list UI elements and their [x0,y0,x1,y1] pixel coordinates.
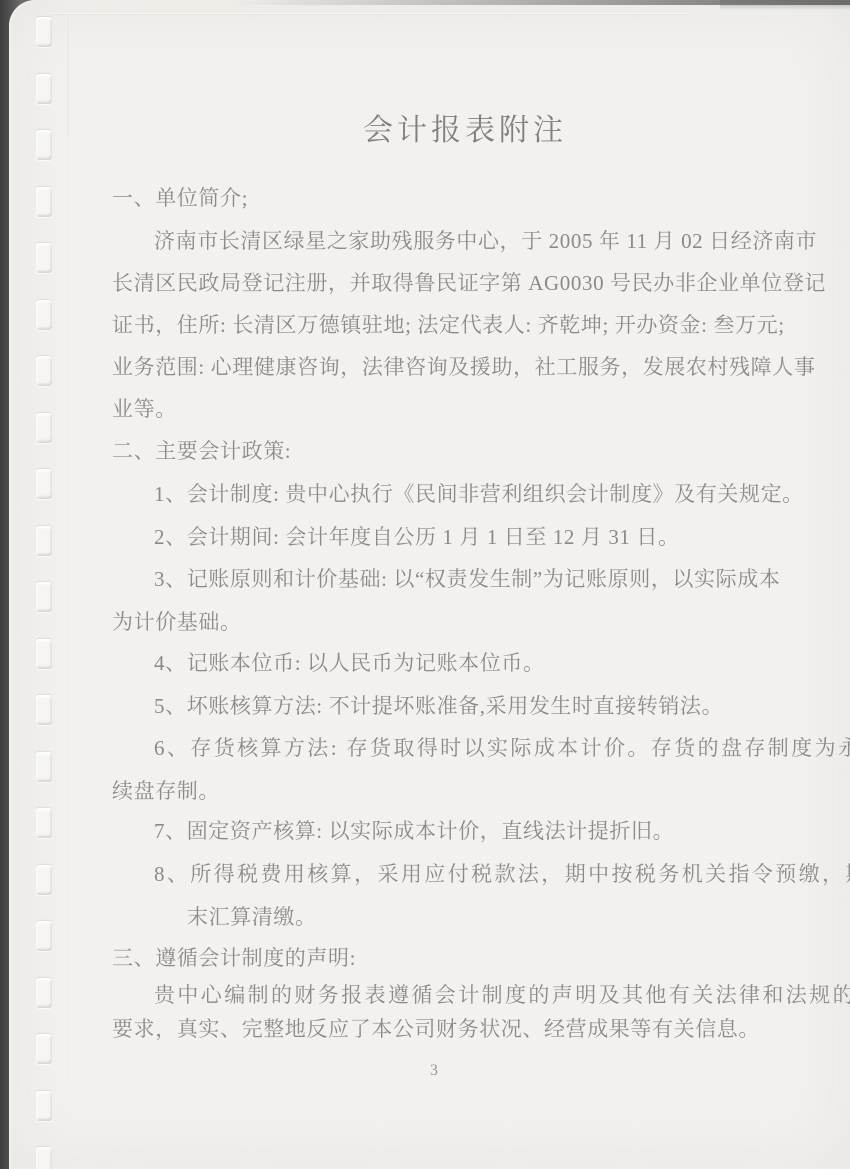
text-line: 证书，住所: 长清区万德镇驻地; 法定代表人: 齐乾坤; 开办资金: 叁万元; [112,312,785,338]
list-item: 6、存货核算方法: 存货取得时以实际成本计价。存货的盘存制度为永 [154,735,850,761]
text-line: 要求，真实、完整地反应了本公司财务状况、经营成果等有关信息。 [112,1016,760,1042]
binding-hole [36,187,52,217]
text-line: 末汇算清缴。 [187,904,317,930]
list-item: 8、所得税费用核算，采用应付税款法，期中按税务机关指令预缴，期 [154,861,850,887]
binding-hole [36,808,52,838]
binding-hole [36,413,52,443]
binding-hole [36,1091,52,1121]
scanner-edge-top-right [720,0,850,10]
list-item: 2、会计期间: 会计年度自公历 1 月 1 日至 12 月 31 日。 [154,524,680,550]
text-line: 业务范围: 心理健康咨询，法律咨询及援助，社工服务，发展农村残障人事 [112,354,815,380]
text-line: 业等。 [112,396,177,422]
binding-hole [36,243,52,273]
text-line: 续盘存制。 [112,778,220,804]
text-line: 长清区民政局登记注册，并取得鲁民证字第 AG0030 号民办非企业单位登记 [112,270,826,296]
binding-hole [36,921,52,951]
binding-hole [36,752,52,782]
binding-hole [36,582,52,612]
binding-hole [36,356,52,386]
binding-hole [36,1147,52,1169]
text-line: 为计价基础。 [112,609,242,635]
binding-hole [36,526,52,556]
text-line: 贵中心编制的财务报表遵循会计制度的声明及其他有关法律和法规的 [154,982,850,1008]
text-line: 济南市长清区绿星之家助残服务中心，于 2005 年 11 月 02 日经济南市 [154,228,817,254]
paper-crease-horizontal [51,13,691,15]
binding-hole [36,695,52,725]
list-item: 3、记账原则和计价基础: 以“权责发生制”为记账原则，以实际成本 [154,566,780,592]
binding-hole [36,978,52,1008]
binding-hole [36,1034,52,1064]
binding-hole [36,300,52,330]
list-item: 5、坏账核算方法: 不计提坏账准备,采用发生时直接转销法。 [154,693,723,719]
list-item: 7、固定资产核算: 以实际成本计价，直线法计提折旧。 [154,818,674,844]
paper-crease-vertical [66,14,68,136]
binding-hole [36,130,52,160]
list-item: 1、会计制度: 贵中心执行《民间非营利组织会计制度》及有关规定。 [154,481,804,507]
list-item: 4、记账本位币: 以人民币为记账本位币。 [154,650,545,676]
scanned-page: 会计报表附注 一、单位简介; 济南市长清区绿星之家助残服务中心，于 2005 年… [9,0,850,1169]
section-heading: 一、单位简介; [112,185,248,211]
page-number: 3 [9,1062,850,1080]
section-heading: 三、遵循会计制度的声明: [112,945,356,971]
binding-hole [36,74,52,104]
binding-hole [36,469,52,499]
binding-hole [36,639,52,669]
document-title: 会计报表附注 [159,105,771,149]
section-heading: 二、主要会计政策: [112,438,291,464]
binding-hole [36,17,52,47]
binding-hole [36,865,52,895]
scan-image: 会计报表附注 一、单位简介; 济南市长清区绿星之家助残服务中心，于 2005 年… [0,0,850,1169]
